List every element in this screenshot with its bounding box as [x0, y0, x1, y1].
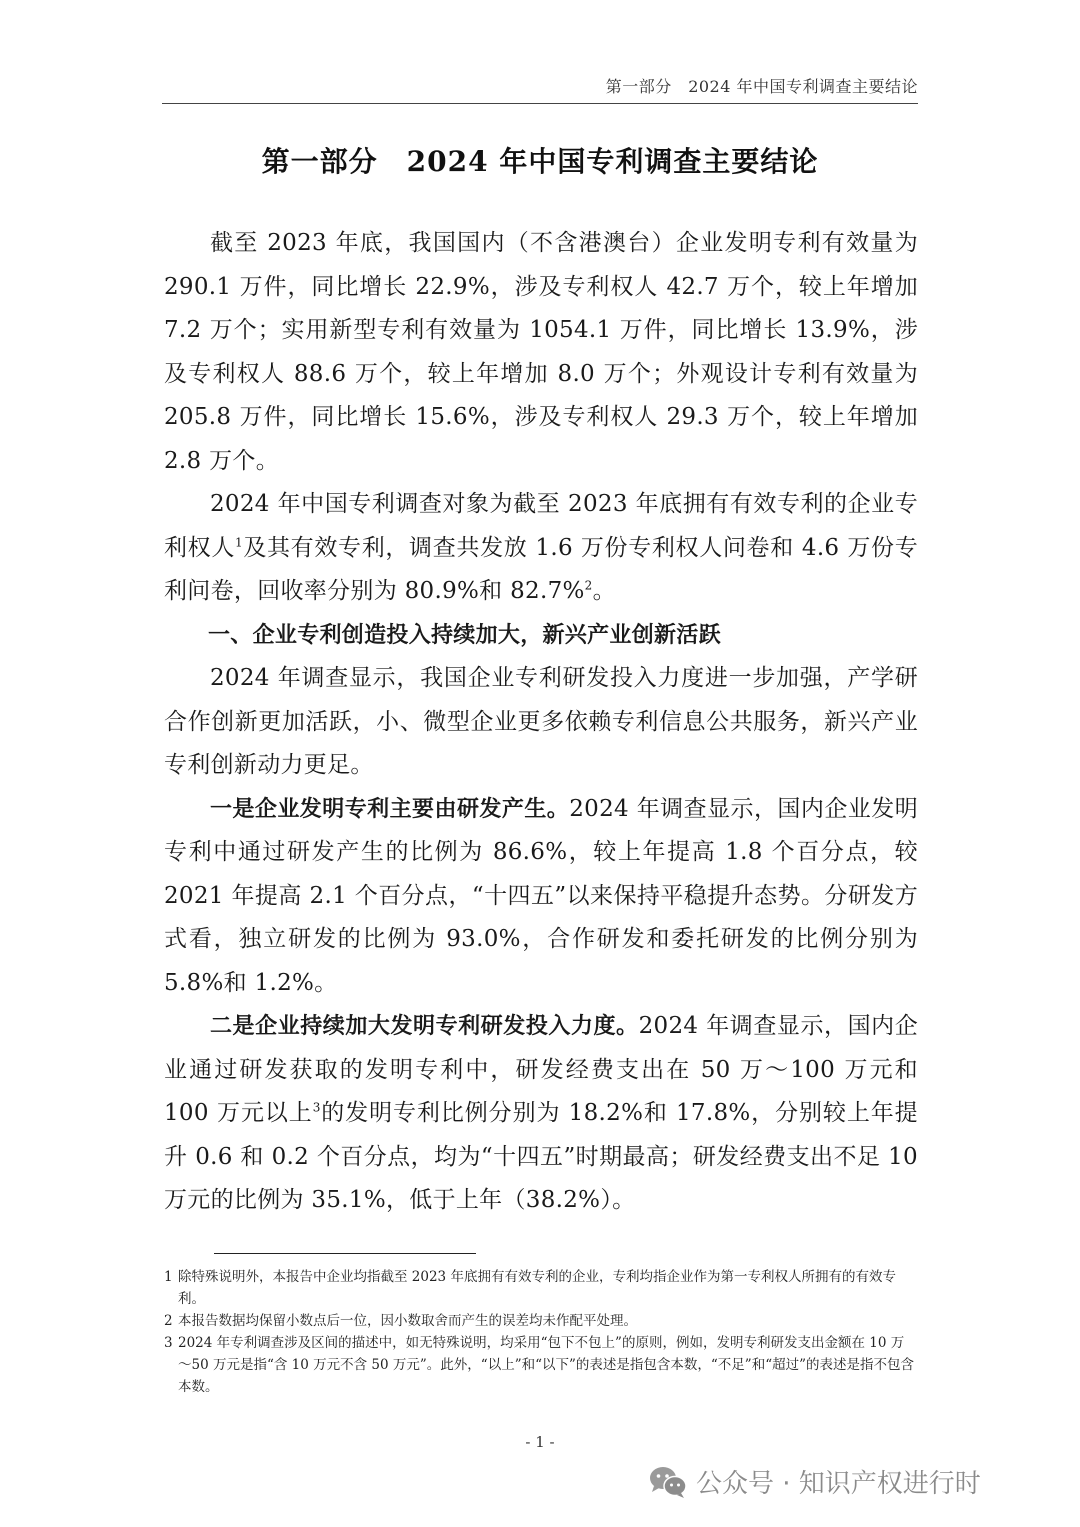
paragraph-patent-stats: 截至 2023 年底，我国国内（不含港澳台）企业发明专利有效量为 290.1 万…	[164, 222, 918, 483]
running-header: 第一部分 2024 年中国专利调查主要结论	[162, 74, 918, 104]
point-two-lead: 二是企业持续加大发明专利研发投入力度。	[210, 1014, 639, 1039]
page-number: - 1 -	[0, 1433, 1080, 1451]
footnote-divider	[214, 1253, 476, 1254]
point-two: 二是企业持续加大发明专利研发投入力度。2024 年调查显示，国内企业通过研发获取…	[164, 1005, 918, 1223]
section-intro: 2024 年调查显示，我国企业专利研发投入力度进一步加强，产学研合作创新更加活跃…	[164, 657, 918, 788]
paragraph-text: 。	[593, 578, 616, 604]
running-header-title: 第一部分 2024 年中国专利调查主要结论	[606, 77, 918, 96]
footnote-2: 2 本报告数据均保留小数点后一位，因小数取舍而产生的误差均未作配平处理。	[164, 1310, 916, 1332]
section-heading: 一、企业专利创造投入持续加大，新兴产业创新活跃	[164, 614, 918, 658]
footnote-number: 1	[164, 1266, 178, 1310]
point-one-text: 2024 年调查显示，国内企业发明专利中通过研发产生的比例为 86.6%，较上年…	[164, 796, 918, 996]
footnote-text: 本报告数据均保留小数点后一位，因小数取舍而产生的误差均未作配平处理。	[178, 1310, 916, 1332]
footnote-text: 除特殊说明外，本报告中企业均指截至 2023 年底拥有有效专利的企业，专利均指企…	[178, 1266, 916, 1310]
watermark-text: 公众号 · 知识产权进行时	[696, 1463, 981, 1500]
footnote-text: 2024 年专利调查涉及区间的描述中，如无特殊说明，均采用“包下不包上”的原则，…	[178, 1332, 916, 1398]
footnote-ref-3[interactable]: 3	[313, 1100, 321, 1114]
footnote-number: 2	[164, 1310, 178, 1332]
watermark: 公众号 · 知识产权进行时	[648, 1463, 981, 1500]
footnote-1: 1 除特殊说明外，本报告中企业均指截至 2023 年底拥有有效专利的企业，专利均…	[164, 1266, 916, 1310]
page-title: 第一部分 2024 年中国专利调查主要结论	[0, 140, 1080, 180]
footnote-ref-1[interactable]: 1	[235, 535, 243, 549]
paragraph-text: 及其有效专利，调查共发放 1.6 万份专利权人问卷和 4.6 万份专利问卷，回收…	[164, 535, 918, 605]
footnote-ref-2[interactable]: 2	[585, 578, 593, 592]
point-one-lead: 一是企业发明专利主要由研发产生。	[210, 797, 569, 822]
footnotes: 1 除特殊说明外，本报告中企业均指截至 2023 年底拥有有效专利的企业，专利均…	[164, 1266, 916, 1398]
footnote-number: 3	[164, 1332, 178, 1398]
paragraph-survey-scope: 2024 年中国专利调查对象为截至 2023 年底拥有有效专利的企业专利权人1及…	[164, 483, 918, 614]
main-body: 截至 2023 年底，我国国内（不含港澳台）企业发明专利有效量为 290.1 万…	[164, 222, 918, 1223]
point-one: 一是企业发明专利主要由研发产生。2024 年调查显示，国内企业发明专利中通过研发…	[164, 788, 918, 1006]
wechat-icon	[648, 1465, 688, 1499]
footnote-3: 3 2024 年专利调查涉及区间的描述中，如无特殊说明，均采用“包下不包上”的原…	[164, 1332, 916, 1398]
